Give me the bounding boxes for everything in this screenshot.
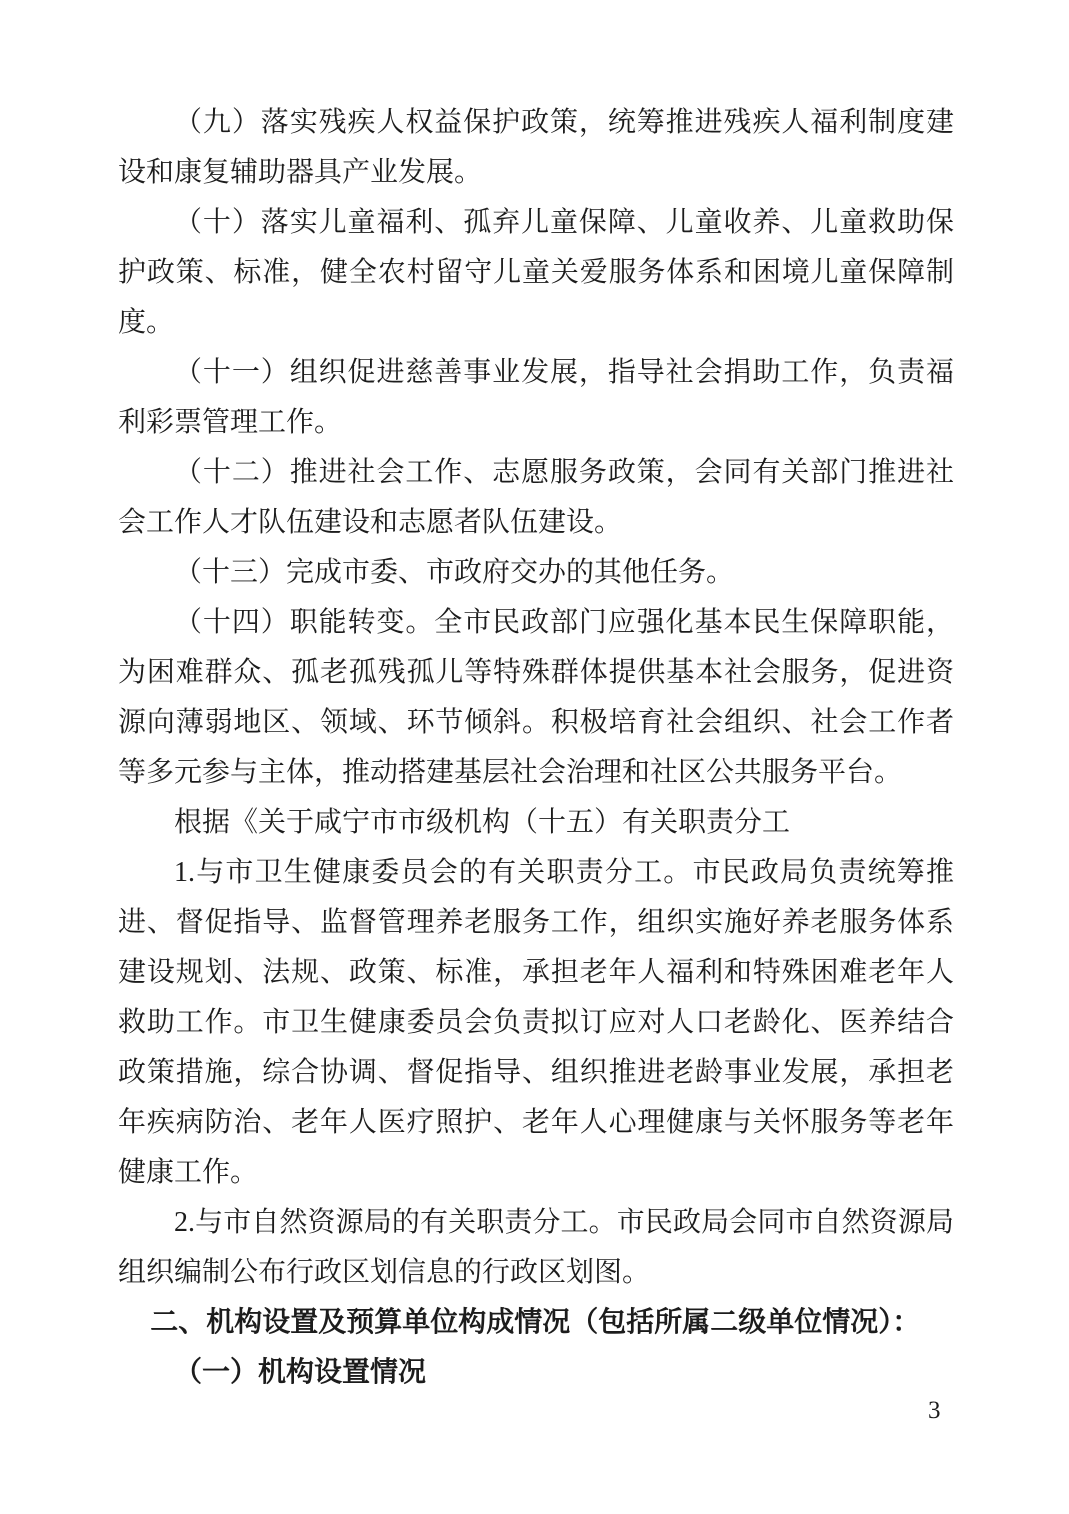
document-body: （九）落实残疾人权益保护政策，统筹推进残疾人福利制度建设和康复辅助器具产业发展。… [118,98,954,1398]
paragraph: （十四）职能转变。全市民政部门应强化基本民生保障职能，为困难群众、孤老孤残孤儿等… [118,598,954,798]
paragraph: （十一）组织促进慈善事业发展，指导社会捐助工作，负责福利彩票管理工作。 [118,348,954,448]
paragraph: （十）落实儿童福利、孤弃儿童保障、儿童收养、儿童救助保护政策、标准，健全农村留守… [118,198,954,348]
paragraph: 根据《关于咸宁市市级机构（十五）有关职责分工 [118,798,954,848]
section-heading: （一）机构设置情况 [118,1348,954,1398]
page-number: 3 [928,1396,941,1426]
paragraph: （十三）完成市委、市政府交办的其他任务。 [118,548,954,598]
paragraph: 1.与市卫生健康委员会的有关职责分工。市民政局负责统筹推进、督促指导、监督管理养… [118,848,954,1198]
section-heading: 二、机构设置及预算单位构成情况（包括所属二级单位情况）： [118,1298,954,1348]
paragraph: 2.与市自然资源局的有关职责分工。市民政局会同市自然资源局组织编制公布行政区划信… [118,1198,954,1298]
paragraph: （十二）推进社会工作、志愿服务政策，会同有关部门推进社会工作人才队伍建设和志愿者… [118,448,954,548]
document-page: （九）落实残疾人权益保护政策，统筹推进残疾人福利制度建设和康复辅助器具产业发展。… [0,0,1069,1514]
paragraph: （九）落实残疾人权益保护政策，统筹推进残疾人福利制度建设和康复辅助器具产业发展。 [118,98,954,198]
